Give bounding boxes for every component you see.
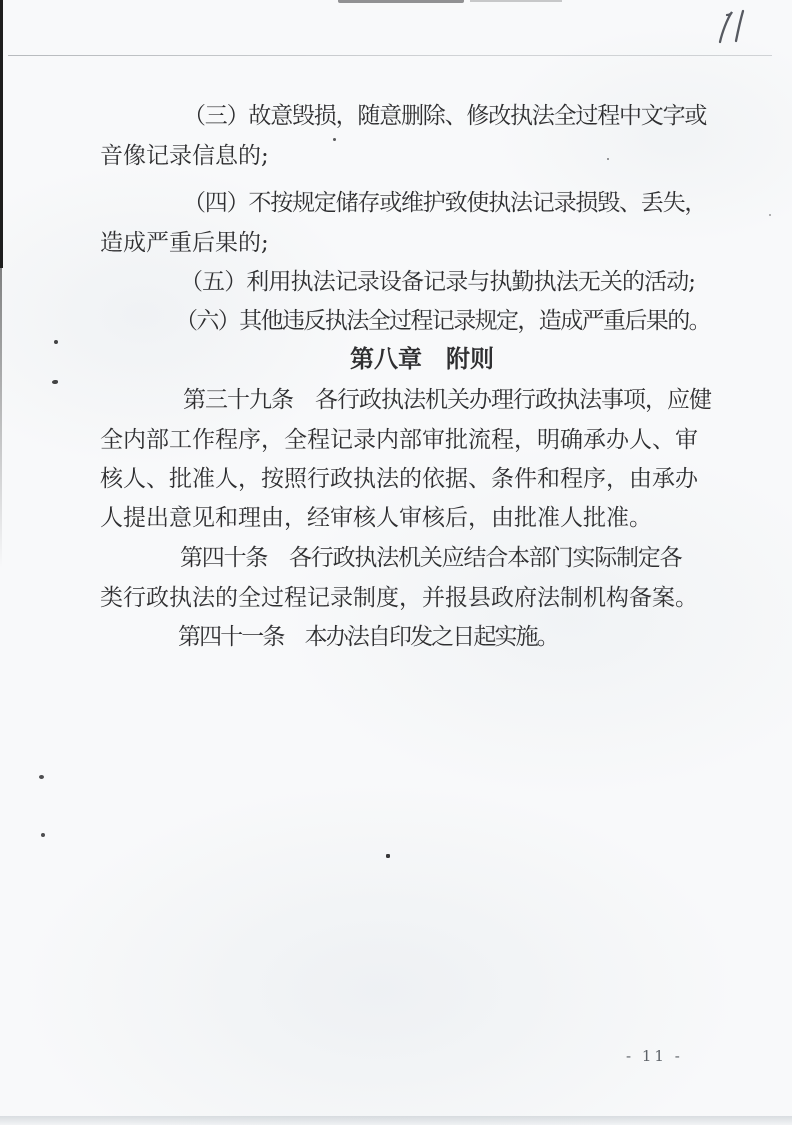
ink-speck [386,854,390,858]
article-39-line-2: 全内部工作程序，全程记录内部审批流程，明确承办人、审 [100,427,698,454]
footer-page-number: - 11 - [626,1047,683,1065]
scan-top-edge-smudge [470,0,562,2]
ink-speck [39,775,44,779]
chapter-heading: 第八章 附则 [350,345,494,372]
clause-3-line-2: 音像记录信息的; [100,143,269,170]
scan-bottom-edge-shade [0,1116,792,1125]
ink-speck [54,340,58,344]
ink-speck [41,833,45,837]
scan-top-edge-smudge [338,0,464,3]
ink-speck [52,380,58,384]
article-41-line: 第四十一条 本办法自印发之日起实施。 [178,624,558,651]
article-40-line-1: 第四十条 各行政执法机关应结合本部门实际制定各 [180,545,681,572]
clause-4-line-2: 造成严重后果的; [100,230,269,257]
scanned-document-page: （三）故意毁损，随意删除、修改执法全过程中文字或 音像记录信息的; （四）不按规… [0,0,792,1125]
article-40-line-2: 类行政执法的全过程记录制度，并报县政府法制机构备案。 [100,585,698,612]
clause-5-line: （五）利用执法记录设备记录与执勤执法无关的活动; [180,269,695,296]
article-39-line-4: 人提出意见和理由，经审核人审核后，由批准人批准。 [100,505,652,532]
handwritten-page-number-11 [710,8,754,52]
article-39-line-3: 核人、批准人，按照行政执法的依据、条件和程序，由承办 [100,466,698,493]
clause-4-line-1: （四）不按规定储存或维护致使执法记录损毁、丢失， [183,190,706,217]
scan-left-edge-fade-artifact [0,268,2,568]
clause-3-line-1: （三）故意毁损，随意删除、修改执法全过程中文字或 [183,103,706,130]
faint-horizontal-line [8,55,772,56]
ink-speck [769,214,771,216]
ink-speck [333,138,336,141]
clause-6-line: （六）其他违反执法全过程记录规定，造成严重后果的。 [175,308,710,335]
article-39-line-1: 第三十九条 各行政执法机关办理行政执法事项，应健 [183,387,711,414]
scan-left-edge-artifact [0,0,3,268]
ink-speck [607,158,609,160]
